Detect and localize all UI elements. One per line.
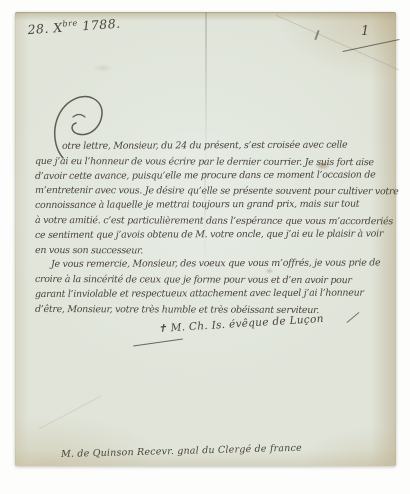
letter-line: connoissance à laquelle je mettrai toujo… <box>35 198 397 214</box>
paper-stain-faint <box>93 64 113 72</box>
folio-number: 1 <box>361 24 369 39</box>
diagonal-crease-bottom-left <box>39 396 101 430</box>
letter-date: 28. Xbre 1788. <box>27 15 121 37</box>
letter-line: d’être, Monsieur, votre très humble et t… <box>35 303 397 319</box>
scanned-letter-page: { "scan": { "background_color": "#fdfdfc… <box>0 0 410 494</box>
letter-line: Je vous remercie, Monsieur, des voeux qu… <box>35 257 397 273</box>
letter-line: garant l’inviolable et respectueux attac… <box>35 286 397 302</box>
letter-line: otre lettre, Monsieur, du 24 du présent,… <box>35 138 397 154</box>
folio-underline-stroke <box>343 39 400 52</box>
letter-paper: 28. Xbre 1788. 1 otre lettre, Monsieur, … <box>15 12 396 466</box>
date-day-month: 28. X <box>27 20 63 37</box>
letter-body: otre lettre, Monsieur, du 24 du présent,… <box>35 140 397 318</box>
letter-line: d’avoir cette avance, puisqu’elle me pro… <box>35 168 397 184</box>
date-superscript: bre <box>62 18 78 28</box>
addressee-line: M. de Quinson Recevr. gnal du Clergé de … <box>61 443 302 460</box>
letter-line: ce sentiment que j’avois obtenu de M. vo… <box>35 227 397 243</box>
date-year: 1788. <box>77 16 121 34</box>
signature-leading-stroke <box>133 339 183 347</box>
